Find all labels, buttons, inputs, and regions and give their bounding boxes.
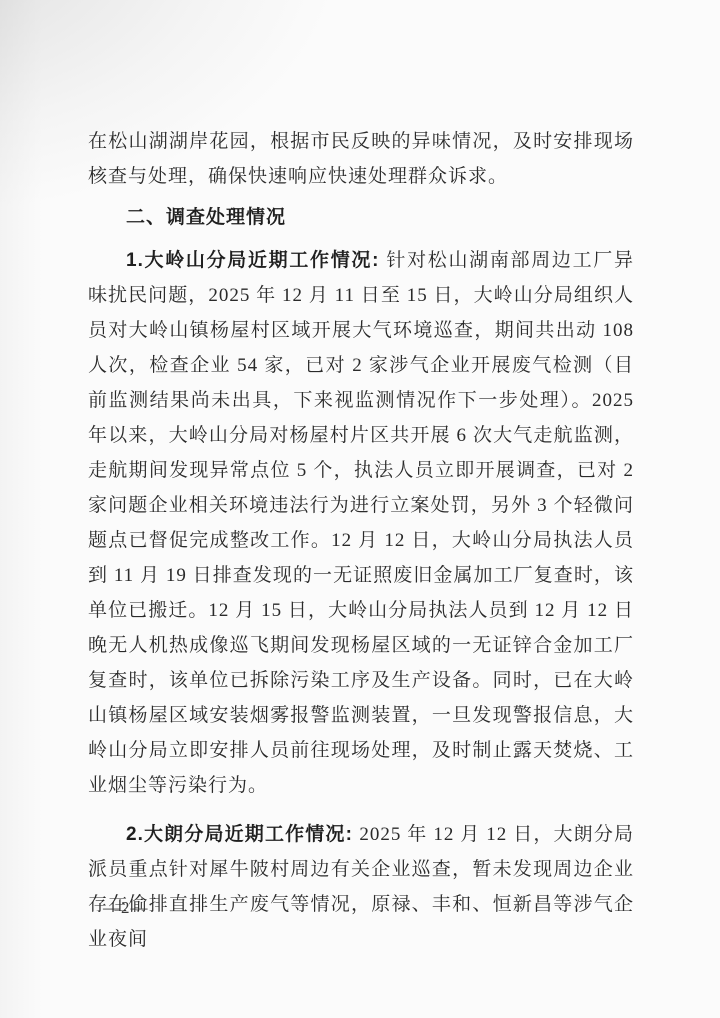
section-heading: 二、调查处理情况 (88, 200, 634, 235)
paragraph-section-1-lead: 1.大岭山分局近期工作情况: (126, 250, 386, 271)
page-number: —2— (103, 898, 149, 918)
paragraph-continuation-text: 在松山湖湖岸花园，根据市民反映的异味情况，及时安排现场核查与处理，确保快速响应快… (88, 131, 634, 187)
paragraph-section-2: 2.大朗分局近期工作情况: 2025 年 12 月 12 日，大朗分局派员重点针… (88, 817, 634, 957)
paragraph-continuation: 在松山湖湖岸花园，根据市民反映的异味情况，及时安排现场核查与处理，确保快速响应快… (88, 124, 634, 194)
document-text-block: 在松山湖湖岸花园，根据市民反映的异味情况，及时安排现场核查与处理，确保快速响应快… (88, 124, 634, 957)
paragraph-section-2-lead: 2.大朗分局近期工作情况: (126, 824, 359, 845)
paragraph-section-1: 1.大岭山分局近期工作情况: 针对松山湖南部周边工厂异味扰民问题，2025 年 … (88, 243, 634, 803)
paragraph-section-1-text: 针对松山湖南部周边工厂异味扰民问题，2025 年 12 月 11 日至 15 日… (88, 250, 634, 796)
document-page: 在松山湖湖岸花园，根据市民反映的异味情况，及时安排现场核查与处理，确保快速响应快… (0, 0, 720, 1018)
